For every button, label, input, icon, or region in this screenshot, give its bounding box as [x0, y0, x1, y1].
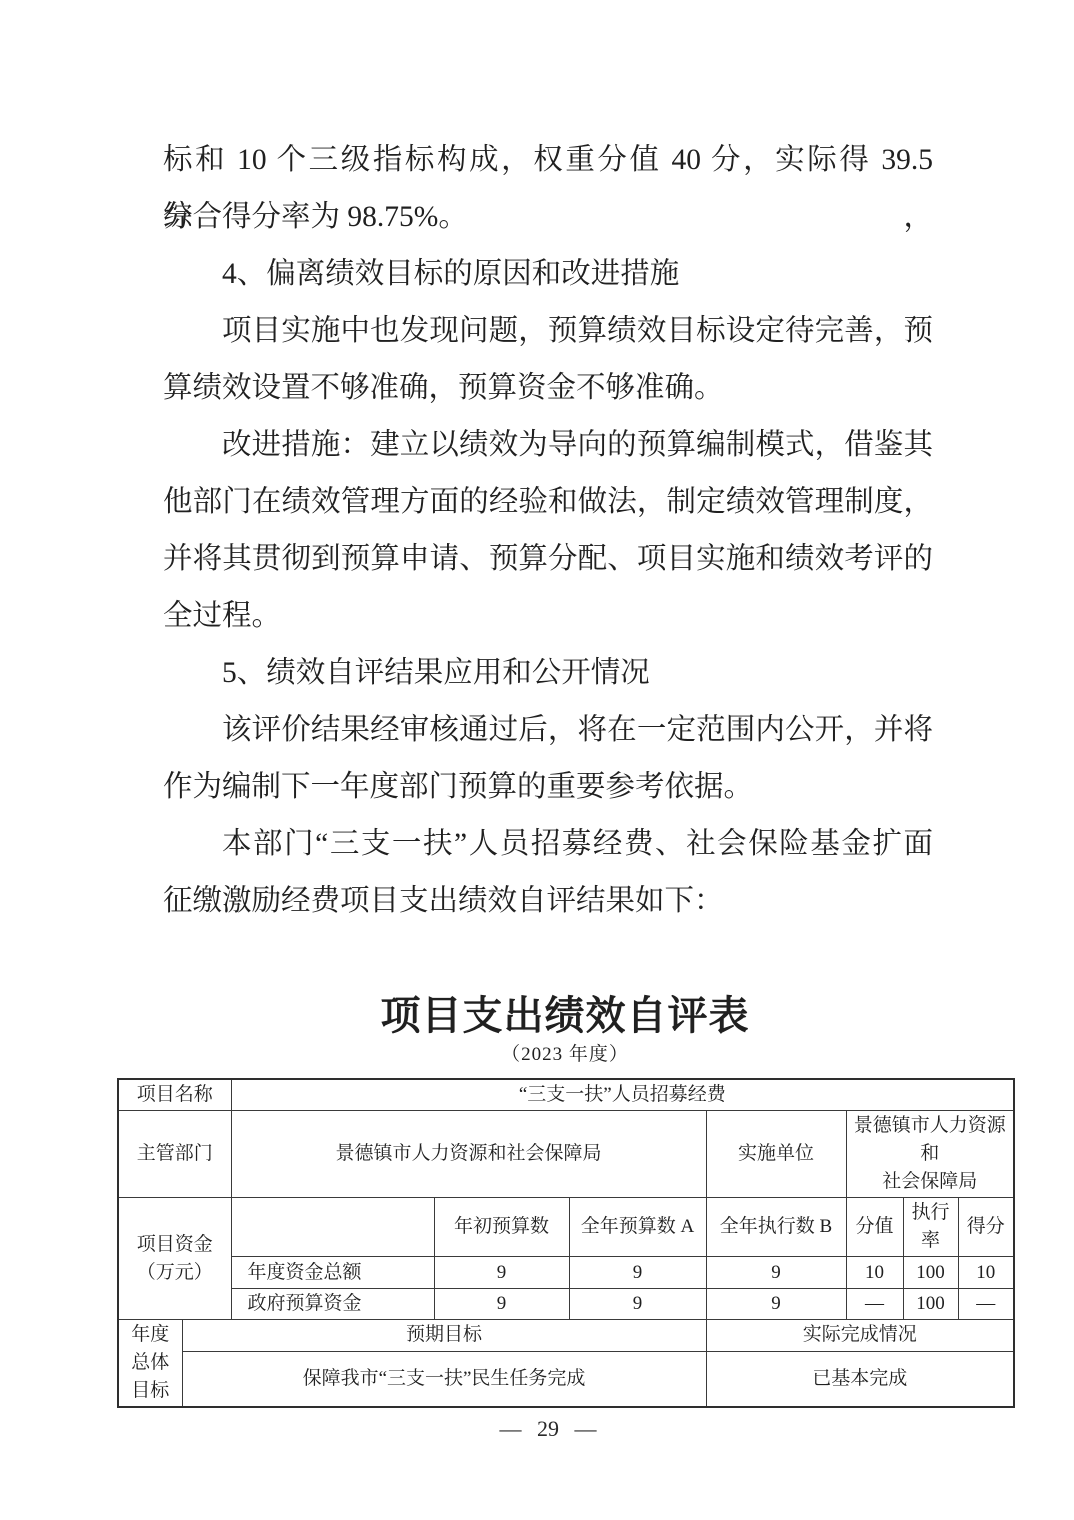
actual-completion-value-cell: 已基本完成 — [706, 1351, 1014, 1407]
funds-value-cell: 10 — [958, 1257, 1014, 1289]
funds-value-cell: 9 — [434, 1257, 569, 1289]
funds-value-cell: 9 — [569, 1289, 706, 1320]
page-number: — 29 — — [163, 1416, 933, 1442]
project-name-value-cell: “三支一扶”人员招募经费 — [231, 1079, 1014, 1111]
body-text: 标和 10 个三级指标构成，权重分值 40 分，实际得 39.5 分， 综合得分… — [163, 132, 933, 930]
document-content: 标和 10 个三级指标构成，权重分值 40 分，实际得 39.5 分， 综合得分… — [163, 132, 933, 1408]
funds-value-cell: — — [846, 1289, 903, 1320]
body-line: 本部门“三支一扶”人员招募经费、社会保险基金扩面 — [163, 816, 933, 873]
body-line: 并将其贯彻到预算申请、预算分配、项目实施和绩效考评的 — [163, 531, 933, 588]
self-eval-table-wrapper: 项目名称 “三支一扶”人员招募经费 主管部门 景德镇市人力资源和社会保障局 实施… — [117, 1078, 1013, 1408]
funds-value-cell: 9 — [706, 1289, 846, 1320]
table-subtitle: （2023 年度） — [117, 1042, 1013, 1068]
funds-col-header-cell: 全年预算数 A — [569, 1198, 706, 1257]
funds-value-cell: 100 — [903, 1257, 958, 1289]
expected-goal-value-cell: 保障我市“三支一扶”民生任务完成 — [182, 1351, 706, 1407]
funds-value-cell: 9 — [434, 1289, 569, 1320]
self-eval-sheet-header: 项目支出绩效自评表 （2023 年度） — [117, 992, 1013, 1068]
expected-goal-header-cell: 预期目标 — [182, 1320, 706, 1352]
funds-row-name-cell: 政府预算资金 — [231, 1289, 434, 1320]
table-row: 政府预算资金 9 9 9 — 100 — — [118, 1289, 1014, 1320]
body-line: 标和 10 个三级指标构成，权重分值 40 分，实际得 39.5 分， — [163, 132, 933, 189]
self-eval-table: 项目名称 “三支一扶”人员招募经费 主管部门 景德镇市人力资源和社会保障局 实施… — [117, 1078, 1015, 1408]
document-page: 标和 10 个三级指标构成，权重分值 40 分，实际得 39.5 分， 综合得分… — [0, 0, 1074, 1520]
table-row: 项目名称 “三支一扶”人员招募经费 — [118, 1079, 1014, 1111]
funds-value-cell: 9 — [569, 1257, 706, 1289]
funds-value-cell: 10 — [846, 1257, 903, 1289]
annual-goal-label-cell: 年度 总体 目标 — [118, 1320, 182, 1408]
body-line: 改进措施：建立以绩效为导向的预算编制模式，借鉴其 — [163, 417, 933, 474]
funds-col-header-cell: 年初预算数 — [434, 1198, 569, 1257]
funds-row-name-cell: 年度资金总额 — [231, 1257, 434, 1289]
funds-label-cell: 项目资金 （万元） — [118, 1198, 231, 1320]
funds-col-header-cell: 执行率 — [903, 1198, 958, 1257]
table-row: 项目资金 （万元） 年初预算数 全年预算数 A 全年执行数 B 分值 执行率 得… — [118, 1198, 1014, 1257]
body-line: 全过程。 — [163, 588, 933, 645]
funds-empty-cell — [231, 1198, 434, 1257]
funds-col-header-cell: 分值 — [846, 1198, 903, 1257]
table-row: 保障我市“三支一扶”民生任务完成 已基本完成 — [118, 1351, 1014, 1407]
funds-col-header-cell: 得分 — [958, 1198, 1014, 1257]
body-line-heading: 5、绩效自评结果应用和公开情况 — [163, 645, 933, 702]
department-value-cell: 景德镇市人力资源和社会保障局 — [231, 1111, 706, 1198]
project-name-label-cell: 项目名称 — [118, 1079, 231, 1111]
impl-unit-value-cell: 景德镇市人力资源和 社会保障局 — [846, 1111, 1014, 1198]
table-row: 主管部门 景德镇市人力资源和社会保障局 实施单位 景德镇市人力资源和 社会保障局 — [118, 1111, 1014, 1198]
table-title: 项目支出绩效自评表 — [117, 992, 1013, 1040]
funds-col-header-cell: 全年执行数 B — [706, 1198, 846, 1257]
funds-value-cell: 100 — [903, 1289, 958, 1320]
body-line: 该评价结果经审核通过后，将在一定范围内公开，并将 — [163, 702, 933, 759]
department-label-cell: 主管部门 — [118, 1111, 231, 1198]
funds-value-cell: 9 — [706, 1257, 846, 1289]
body-line-heading: 4、偏离绩效目标的原因和改进措施 — [163, 246, 933, 303]
actual-completion-header-cell: 实际完成情况 — [706, 1320, 1014, 1352]
table-row: 年度 总体 目标 预期目标 实际完成情况 — [118, 1320, 1014, 1352]
funds-value-cell: — — [958, 1289, 1014, 1320]
body-line: 征缴激励经费项目支出绩效自评结果如下： — [163, 873, 933, 930]
body-line: 算绩效设置不够准确，预算资金不够准确。 — [163, 360, 933, 417]
impl-unit-label-cell: 实施单位 — [706, 1111, 846, 1198]
table-row: 年度资金总额 9 9 9 10 100 10 — [118, 1257, 1014, 1289]
body-line: 作为编制下一年度部门预算的重要参考依据。 — [163, 759, 933, 816]
body-line: 他部门在绩效管理方面的经验和做法，制定绩效管理制度， — [163, 474, 933, 531]
body-line: 项目实施中也发现问题，预算绩效目标设定待完善，预 — [163, 303, 933, 360]
